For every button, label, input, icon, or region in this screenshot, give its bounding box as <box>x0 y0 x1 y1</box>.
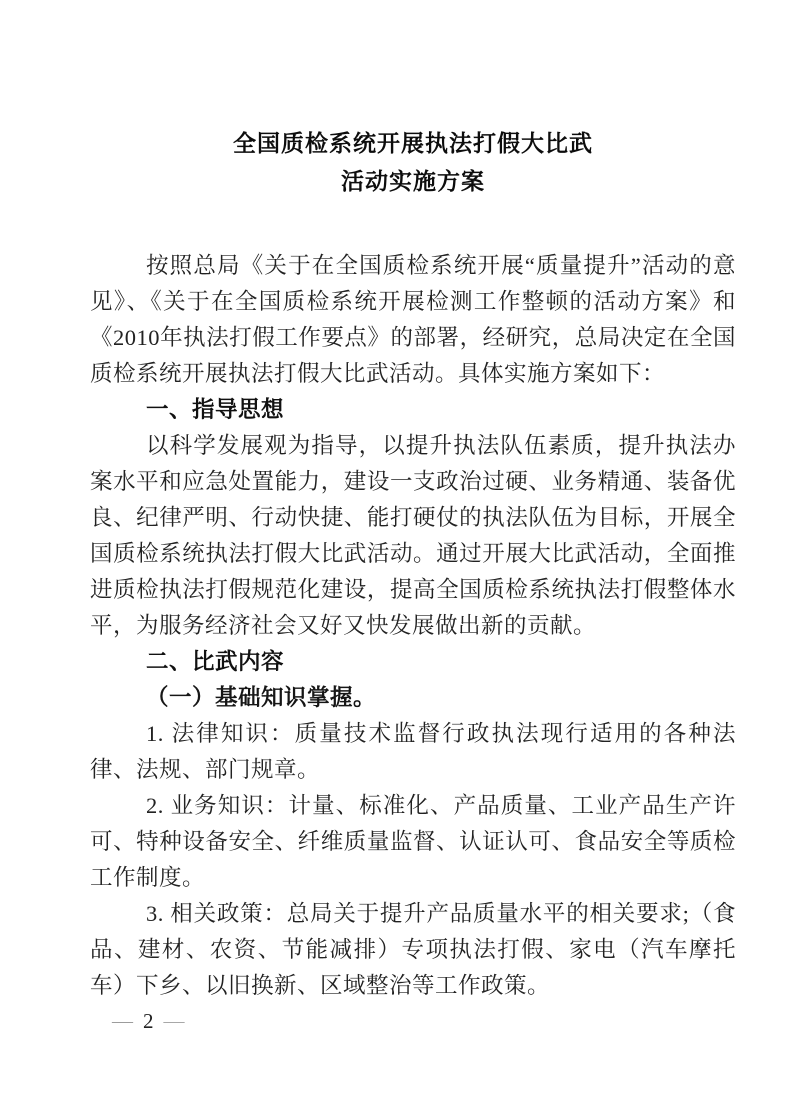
page-number: 2 <box>143 1006 154 1036</box>
list-item-related-policies: 3. 相关政策：总局关于提升产品质量水平的相关要求;（食品、建材、农资、节能减排… <box>90 896 736 1004</box>
paragraph-intro: 按照总局《关于在全国质检系统开展“质量提升”活动的意见》、《关于在全国质检系统开… <box>90 248 736 392</box>
document-content: 全国质检系统开展执法打假大比武 活动实施方案 按照总局《关于在全国质检系统开展“… <box>90 125 736 1004</box>
list-item-legal-knowledge: 1. 法律知识：质量技术监督行政执法现行适用的各种法律、法规、部门规章。 <box>90 716 736 788</box>
subheading-basic-knowledge: （一）基础知识掌握。 <box>90 680 736 716</box>
footer-dash-right: — <box>164 1009 185 1033</box>
heading-competition-content: 二、比武内容 <box>90 644 736 680</box>
document-title: 全国质检系统开展执法打假大比武 活动实施方案 <box>90 125 736 201</box>
page-footer: — 2 — <box>112 1006 185 1036</box>
document-title-line1: 全国质检系统开展执法打假大比武 <box>90 125 736 163</box>
list-item-business-knowledge: 2. 业务知识：计量、标准化、产品质量、工业产品生产许可、特种设备安全、纤维质量… <box>90 788 736 896</box>
footer-dash-left: — <box>112 1009 133 1033</box>
document-page: 全国质检系统开展执法打假大比武 活动实施方案 按照总局《关于在全国质检系统开展“… <box>0 0 802 1105</box>
heading-guiding-ideology: 一、指导思想 <box>90 392 736 428</box>
paragraph-guiding-ideology: 以科学发展观为指导，以提升执法队伍素质，提升执法办案水平和应急处置能力，建设一支… <box>90 428 736 644</box>
document-title-line2: 活动实施方案 <box>90 163 736 201</box>
